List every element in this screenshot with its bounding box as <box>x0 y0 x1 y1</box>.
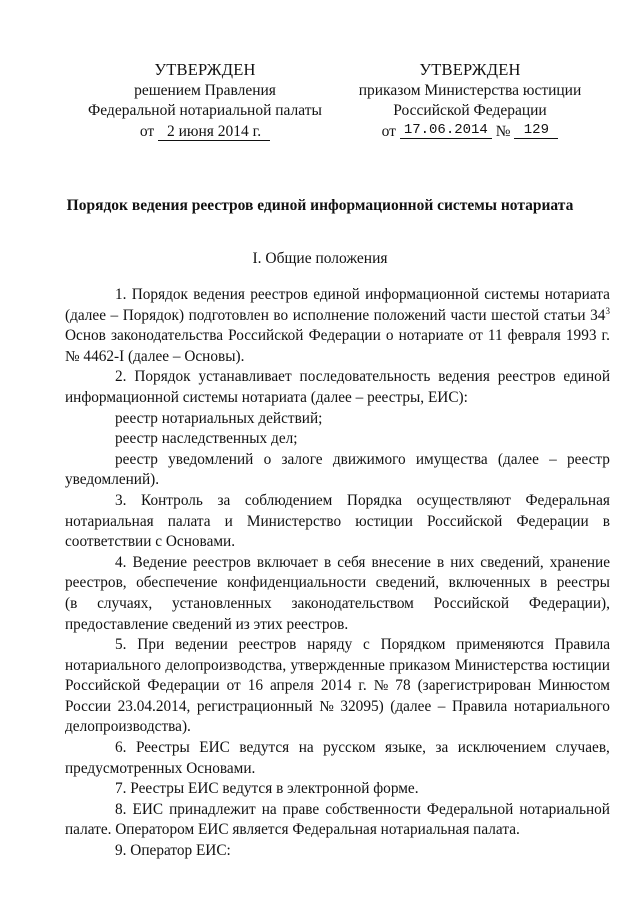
word: 32095) <box>340 697 383 718</box>
text-line: № 4462-I (далее – Основы). <box>65 347 610 368</box>
word: Порядком <box>381 635 446 656</box>
word: 3. <box>115 491 126 512</box>
word: сведений, <box>376 573 439 594</box>
word: Федерации <box>516 512 588 533</box>
word: (далее <box>498 450 539 471</box>
word: юстиции <box>552 656 610 677</box>
word: исключением <box>458 738 546 759</box>
word: реестров <box>250 285 308 306</box>
word: статьи <box>544 306 586 327</box>
approval-date-line: от 17.06.2014 № 129 <box>335 122 605 143</box>
word: Реестры <box>136 738 190 759</box>
word: Порядок <box>132 285 188 306</box>
word: (в <box>65 594 77 615</box>
date-prefix: от <box>382 123 396 140</box>
word: уведомлений <box>168 450 253 471</box>
word: ЕИС <box>132 800 163 821</box>
word: праве <box>283 800 320 821</box>
word: Правила <box>555 635 610 656</box>
word: собственности <box>325 800 421 821</box>
word: 2014 <box>321 676 352 697</box>
word: положений <box>374 306 446 327</box>
word: ведения <box>438 367 490 388</box>
word: нотариального <box>65 656 161 677</box>
word: принадлежит <box>169 800 256 821</box>
approval-block-ministry: УТВЕРЖДЕН приказом Министерства юстиции … <box>335 60 605 142</box>
word: нотариальной <box>519 800 610 821</box>
text-line: 8.ЕИСпринадлежитнаправесобственностиФеде… <box>65 800 610 821</box>
text-line: 9. Оператор ЕИС: <box>65 841 610 862</box>
approval-line: Российской Федерации <box>335 101 605 122</box>
word: языке, <box>385 738 426 759</box>
word: Министерства <box>455 656 548 677</box>
word: реестров, <box>65 573 127 594</box>
word: Федерации <box>147 676 219 697</box>
word: исполнение <box>293 306 369 327</box>
text-line: рееструведомленийозалогедвижимогоимущест… <box>65 450 610 471</box>
word: Федеральная <box>525 491 609 512</box>
date-value: 2 июня 2014 г. <box>167 123 261 140</box>
word: на <box>262 800 277 821</box>
word: 1993 <box>566 326 597 347</box>
word: обеспечение <box>136 573 217 594</box>
word: реестр <box>115 450 158 471</box>
text-line: России23.04.2014,регистрационный№32095)(… <box>65 697 610 718</box>
text-line: реестров,обеспечениеконфиденциальностисв… <box>65 573 610 594</box>
word: единой <box>313 285 360 306</box>
word: себя <box>337 553 365 574</box>
number-sign: № <box>496 123 511 140</box>
text-line: (вслучаях,установленныхзаконодательством… <box>65 594 610 615</box>
word: 4. <box>115 553 126 574</box>
word: конфиденциальности <box>227 573 366 594</box>
word: палата <box>168 512 211 533</box>
word: г. <box>358 676 366 697</box>
word: 23.04.2014, <box>118 697 191 718</box>
word: сведений, <box>480 553 543 574</box>
word: Основ <box>65 326 106 347</box>
word: последовательность <box>300 367 431 388</box>
document-body: 1.Порядокведенияреестровединойинформацио… <box>65 285 610 862</box>
word: Федеральной <box>427 800 513 821</box>
word: осуществляют <box>417 491 511 512</box>
text-line: реестр наследственных дел; <box>65 429 610 450</box>
word: внесение <box>371 553 431 574</box>
word: утвержденные <box>290 656 385 677</box>
word: законодательством <box>291 594 413 615</box>
approval-date-line: от 2 июня 2014 г. <box>70 122 340 143</box>
word: реестров <box>239 635 297 656</box>
word: реестры <box>557 573 610 594</box>
word: применяются <box>456 635 544 656</box>
word: делопроизводства, <box>165 656 286 677</box>
word: на <box>299 738 314 759</box>
word: устанавливает <box>198 367 291 388</box>
word: в <box>324 553 331 574</box>
word: Минюстом <box>538 676 610 697</box>
word: Порядок <box>134 367 190 388</box>
word: юстиции <box>355 512 413 533</box>
word: во <box>273 306 288 327</box>
text-line: РоссийскойФедерацииот16апреля2014г.№78(з… <box>65 676 610 697</box>
word: ведения <box>193 285 245 306</box>
word: о <box>386 326 394 347</box>
approval-line: Федеральной нотариальной палаты <box>70 101 340 122</box>
word: информационной <box>365 285 479 306</box>
word: – <box>438 697 446 718</box>
word: Российской <box>65 676 140 697</box>
word: наряду <box>307 635 352 656</box>
text-line: ОсновзаконодательстваРоссийскойФедерации… <box>65 326 610 347</box>
word: имущества <box>416 450 488 471</box>
document-page: УТВЕРЖДЕН решением Правления Федеральной… <box>0 0 640 905</box>
approval-heading: УТВЕРЖДЕН <box>335 60 605 81</box>
approval-number: 129 <box>514 122 558 139</box>
word: нотариата <box>545 285 610 306</box>
word: нотариальная <box>65 512 154 533</box>
text-line: уведомлений). <box>65 470 610 491</box>
word: приказом <box>389 656 450 677</box>
text-line: 2.Порядокустанавливаетпоследовательность… <box>65 367 610 388</box>
word: реестров <box>498 367 556 388</box>
text-line: 7. Реестры ЕИС ведутся в электронной фор… <box>65 779 610 800</box>
word: Российской <box>427 512 502 533</box>
word: России <box>65 697 111 718</box>
word: шестой <box>491 306 539 327</box>
word: подготовлен <box>189 306 269 327</box>
word: русском <box>323 738 375 759</box>
word: случаев, <box>555 738 609 759</box>
text-line: 1.Порядокведенияреестровединойинформацио… <box>65 285 610 306</box>
text-line: информационной системы нотариата (далее … <box>65 388 610 409</box>
word: регистрационный <box>197 697 313 718</box>
word: Федерации), <box>529 594 610 615</box>
word: Порядка <box>347 491 402 512</box>
text-line: предусмотренных Основами. <box>65 759 610 780</box>
text-line: делопроизводства). <box>65 717 610 738</box>
word: от <box>469 326 483 347</box>
word: реестр <box>567 450 610 471</box>
text-line: (далее–Порядок)подготовленвоисполнениепо… <box>65 306 610 327</box>
word: Ведение <box>133 553 188 574</box>
word: № <box>374 676 389 697</box>
word: за <box>435 738 448 759</box>
word: о <box>264 450 272 471</box>
word: апреля <box>270 676 314 697</box>
word: за <box>217 491 230 512</box>
word: – <box>111 306 119 327</box>
word: в <box>540 573 547 594</box>
text-line: палате. Оператором ЕИС является Федераль… <box>65 820 610 841</box>
word: ведутся <box>239 738 289 759</box>
word: Российской <box>434 594 509 615</box>
word: системы <box>484 285 539 306</box>
approval-block-notary-chamber: УТВЕРЖДЕН решением Правления Федеральной… <box>70 60 340 142</box>
word: 5. <box>115 635 126 656</box>
word: от <box>227 676 241 697</box>
word: в <box>603 512 610 533</box>
word: случаях, <box>97 594 152 615</box>
word: 78 <box>395 676 410 697</box>
word: Правила <box>452 697 507 718</box>
approval-heading: УТВЕРЖДЕН <box>70 60 340 81</box>
word: (далее <box>390 697 431 718</box>
word: с <box>363 635 370 656</box>
word: включенных <box>449 573 531 594</box>
text-line: нотариальногоделопроизводства,утвержденн… <box>65 656 610 677</box>
approval-date: 17.06.2014 <box>400 122 492 139</box>
word: 2. <box>115 367 126 388</box>
word: 343 <box>590 306 610 327</box>
word: включает <box>257 553 318 574</box>
word: 16 <box>248 676 263 697</box>
word: установленных <box>172 594 272 615</box>
section-heading: I. Общие положения <box>0 250 640 268</box>
word: движимого <box>333 450 406 471</box>
word: № <box>319 697 334 718</box>
text-line: реестр нотариальных действий; <box>65 409 610 430</box>
word: хранение <box>550 553 610 574</box>
word: нотариате <box>399 326 464 347</box>
word: единой <box>563 367 610 388</box>
text-line: соответствии с Основами. <box>65 532 610 553</box>
word: части <box>450 306 486 327</box>
word: февраля <box>508 326 561 347</box>
word: законодательства <box>111 326 223 347</box>
word: Федерации <box>309 326 381 347</box>
word: ЕИС <box>199 738 230 759</box>
word: Порядок) <box>123 306 184 327</box>
document-title: Порядок ведения реестров единой информац… <box>0 197 640 215</box>
approval-line: приказом Министерства юстиции <box>335 81 605 102</box>
approval-line: решением Правления <box>70 81 340 102</box>
word: (зарегистрирован <box>418 676 532 697</box>
text-line: 4.Ведениереестроввключаетвсебявнесениевн… <box>65 553 610 574</box>
word: При <box>137 635 164 656</box>
text-line: 5.ПриведенииреестровнарядусПорядкомприме… <box>65 635 610 656</box>
word: в <box>437 553 444 574</box>
word: 6. <box>115 738 126 759</box>
word: 1. <box>115 285 126 306</box>
text-line: 6.РеестрыЕИСведутсянарусскомязыке,заискл… <box>65 738 610 759</box>
word: – <box>549 450 557 471</box>
word: 8. <box>115 800 126 821</box>
word: нотариального <box>514 697 610 718</box>
word: 11 <box>488 326 503 347</box>
text-line: предоставление сведений из этих реестров… <box>65 615 610 636</box>
word: залоге <box>281 450 322 471</box>
date-prefix: от <box>140 123 154 140</box>
word: реестров <box>193 553 251 574</box>
text-line: 3.КонтрользасоблюдениемПорядкаосуществля… <box>65 491 610 512</box>
word: Контроль <box>141 491 203 512</box>
word: (далее <box>65 306 106 327</box>
word: г. <box>602 326 610 347</box>
word: них <box>450 553 474 574</box>
text-line: нотариальнаяпалатаиМинистерствоюстицииРо… <box>65 512 610 533</box>
word: соблюдением <box>245 491 333 512</box>
word: Российской <box>228 326 303 347</box>
approval-date: 2 июня 2014 г. <box>158 124 270 141</box>
word: Министерство <box>247 512 341 533</box>
word: и <box>225 512 233 533</box>
superscript: 3 <box>605 306 610 316</box>
word: ведении <box>175 635 228 656</box>
